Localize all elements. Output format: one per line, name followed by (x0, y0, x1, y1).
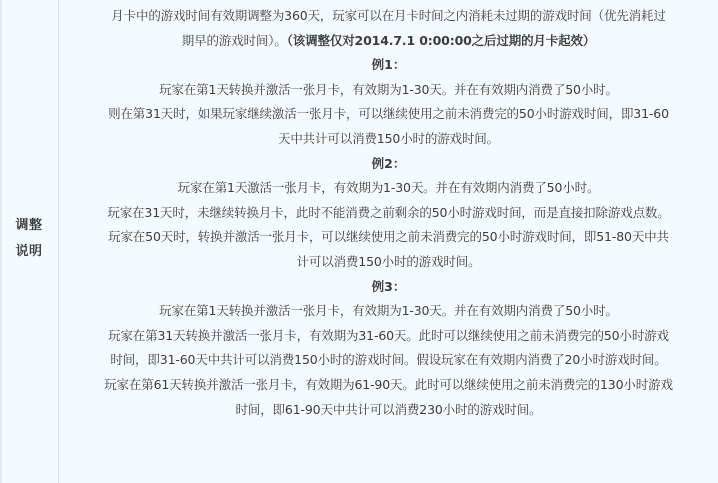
example-3: 例3： 玩家在第1天转换并激活一张月卡，有效期为1-30天。并在有效期内消费了5… (73, 275, 704, 423)
example-3-line-5: 时间，即61-90天中共计可以消费230小时的游戏时间。 (73, 398, 704, 423)
example-2-line-1: 玩家在第1天激活一张月卡，有效期为1-30天。并在有效期内消费了50小时。 (73, 176, 704, 201)
example-2-line-3: 玩家在50天时，转换并激活一张月卡，可以继续使用之前未消费完的50小时游戏时间，… (73, 225, 704, 250)
intro-effective-note: （该调整仅对2014.7.1 0:00:00之后过期的月卡起效） (287, 33, 595, 48)
example-1: 例1： 玩家在第1天转换并激活一张月卡，有效期为1-30天。并在有效期内消费了5… (73, 53, 704, 151)
example-2-title: 例2： (73, 152, 704, 177)
example-3-line-3: 时间，即31-60天中共计可以消费150小时的游戏时间。假设玩家在有效期内消费了… (73, 348, 704, 373)
example-1-line-1: 玩家在第1天转换并激活一张月卡，有效期为1-30天。并在有效期内消费了50小时。 (73, 78, 704, 103)
intro-line-2: 期早的游戏时间）。（该调整仅对2014.7.1 0:00:00之后过期的月卡起效… (73, 29, 704, 54)
example-1-line-3: 天中共计可以消费150小时的游戏时间。 (73, 127, 704, 152)
intro-line-2-text: 期早的游戏时间）。 (182, 33, 287, 48)
example-2-line-2: 玩家在31天时，未继续转换月卡，此时不能消费之前剩余的50小时游戏时间，而是直接… (73, 201, 704, 226)
example-3-line-1: 玩家在第1天转换并激活一张月卡，有效期为1-30天。并在有效期内消费了50小时。 (73, 299, 704, 324)
example-3-line-2: 玩家在第31天转换并激活一张月卡，有效期为31-60天。此时可以继续使用之前未消… (73, 324, 704, 349)
adjustment-table: 调整 说明 月卡中的游戏时间有效期调整为360天，玩家可以在月卡时间之内消耗未过… (0, 0, 718, 483)
example-2-line-4: 计可以消费150小时的游戏时间。 (73, 250, 704, 275)
example-1-line-2: 则在第31天时，如果玩家继续激活一张月卡，可以继续使用之前未消费完的50小时游戏… (73, 102, 704, 127)
label-cell: 调整 说明 (0, 0, 59, 483)
intro-line-1: 月卡中的游戏时间有效期调整为360天，玩家可以在月卡时间之内消耗未过期的游戏时间… (73, 4, 704, 29)
label-line-1: 调整 (15, 213, 42, 239)
label-text: 调整 说明 (15, 213, 42, 265)
example-1-title: 例1： (73, 53, 704, 78)
example-3-line-4: 玩家在第61天转换并激活一张月卡，有效期为61-90天。此时可以继续使用之前未消… (73, 373, 704, 398)
content-cell: 月卡中的游戏时间有效期调整为360天，玩家可以在月卡时间之内消耗未过期的游戏时间… (59, 0, 718, 483)
example-2: 例2： 玩家在第1天激活一张月卡，有效期为1-30天。并在有效期内消费了50小时… (73, 152, 704, 275)
label-line-2: 说明 (15, 239, 42, 265)
example-3-title: 例3： (73, 275, 704, 300)
table-left-border (0, 0, 2, 483)
